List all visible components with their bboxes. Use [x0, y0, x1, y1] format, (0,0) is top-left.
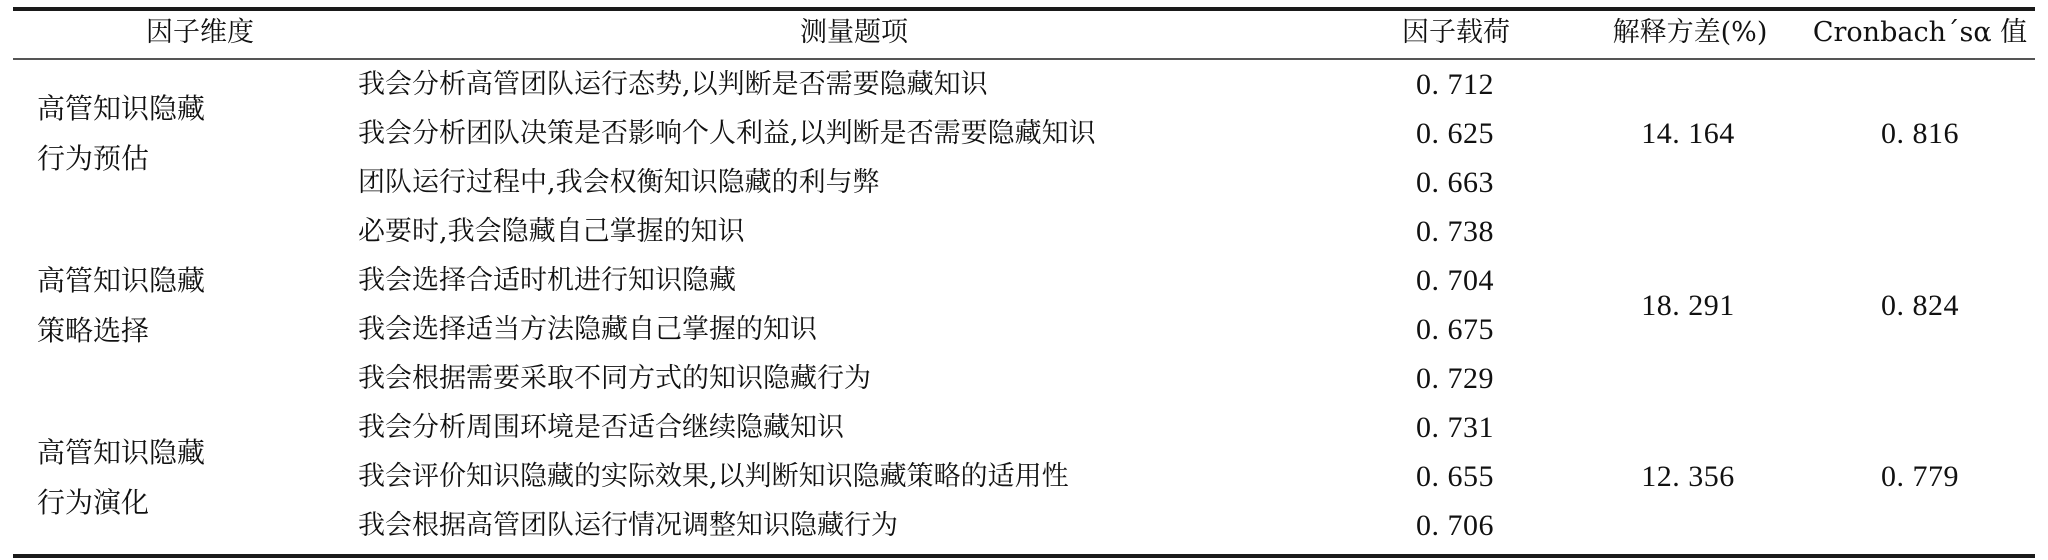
explained-variance: 14. 164 — [1641, 119, 1735, 149]
header-rule — [13, 58, 2035, 60]
factor-loading: 0. 729 — [1416, 364, 1494, 394]
explained-variance: 12. 356 — [1641, 462, 1735, 492]
table-row-item: 我会分析团队决策是否影响个人利益,以判断是否需要隐藏知识 — [358, 119, 1096, 149]
table-row-item: 团队运行过程中,我会权衡知识隐藏的利与弊 — [358, 168, 880, 198]
factor-loading: 0. 731 — [1416, 413, 1494, 443]
dimension-line-2: 行为预估 — [37, 134, 205, 184]
factor-loading: 0. 675 — [1416, 315, 1494, 345]
dimension-label: 高管知识隐藏 行为预估 — [37, 84, 205, 184]
table-row-item: 我会分析高管团队运行态势,以判断是否需要隐藏知识 — [358, 70, 988, 100]
table-row-item: 我会选择适当方法隐藏自己掌握的知识 — [358, 315, 817, 345]
dimension-line-1: 高管知识隐藏 — [37, 256, 205, 306]
dimension-label: 高管知识隐藏 策略选择 — [37, 256, 205, 356]
factor-loading: 0. 706 — [1416, 511, 1494, 541]
table-row-item: 我会评价知识隐藏的实际效果,以判断知识隐藏策略的适用性 — [358, 462, 1069, 492]
table-row-item: 必要时,我会隐藏自己掌握的知识 — [358, 217, 745, 247]
dimension-line-2: 行为演化 — [37, 478, 205, 528]
factor-loading: 0. 625 — [1416, 119, 1494, 149]
header-loading: 因子载荷 — [1402, 18, 1510, 48]
header-alpha: Cronbach´sα 值 — [1813, 18, 2027, 48]
factor-loading: 0. 738 — [1416, 217, 1494, 247]
header-dimension: 因子维度 — [146, 18, 254, 48]
cronbach-alpha: 0. 779 — [1881, 462, 1959, 492]
dimension-line-1: 高管知识隐藏 — [37, 84, 205, 134]
header-item: 测量题项 — [800, 18, 908, 48]
dimension-line-1: 高管知识隐藏 — [37, 428, 205, 478]
factor-loading: 0. 663 — [1416, 168, 1494, 198]
cronbach-alpha: 0. 816 — [1881, 119, 1959, 149]
top-rule — [13, 7, 2035, 11]
dimension-label: 高管知识隐藏 行为演化 — [37, 428, 205, 528]
cronbach-alpha: 0. 824 — [1881, 291, 1959, 321]
header-variance: 解释方差(%) — [1613, 18, 1768, 48]
table-row-item: 我会根据高管团队运行情况调整知识隐藏行为 — [358, 511, 898, 541]
table-row-item: 我会根据需要采取不同方式的知识隐藏行为 — [358, 364, 871, 394]
factor-loading: 0. 704 — [1416, 266, 1494, 296]
table-row-item: 我会选择合适时机进行知识隐藏 — [358, 266, 736, 296]
bottom-rule — [13, 554, 2035, 558]
factor-loading: 0. 712 — [1416, 70, 1494, 100]
table-row-item: 我会分析周围环境是否适合继续隐藏知识 — [358, 413, 844, 443]
factor-loading: 0. 655 — [1416, 462, 1494, 492]
dimension-line-2: 策略选择 — [37, 306, 205, 356]
explained-variance: 18. 291 — [1641, 291, 1735, 321]
